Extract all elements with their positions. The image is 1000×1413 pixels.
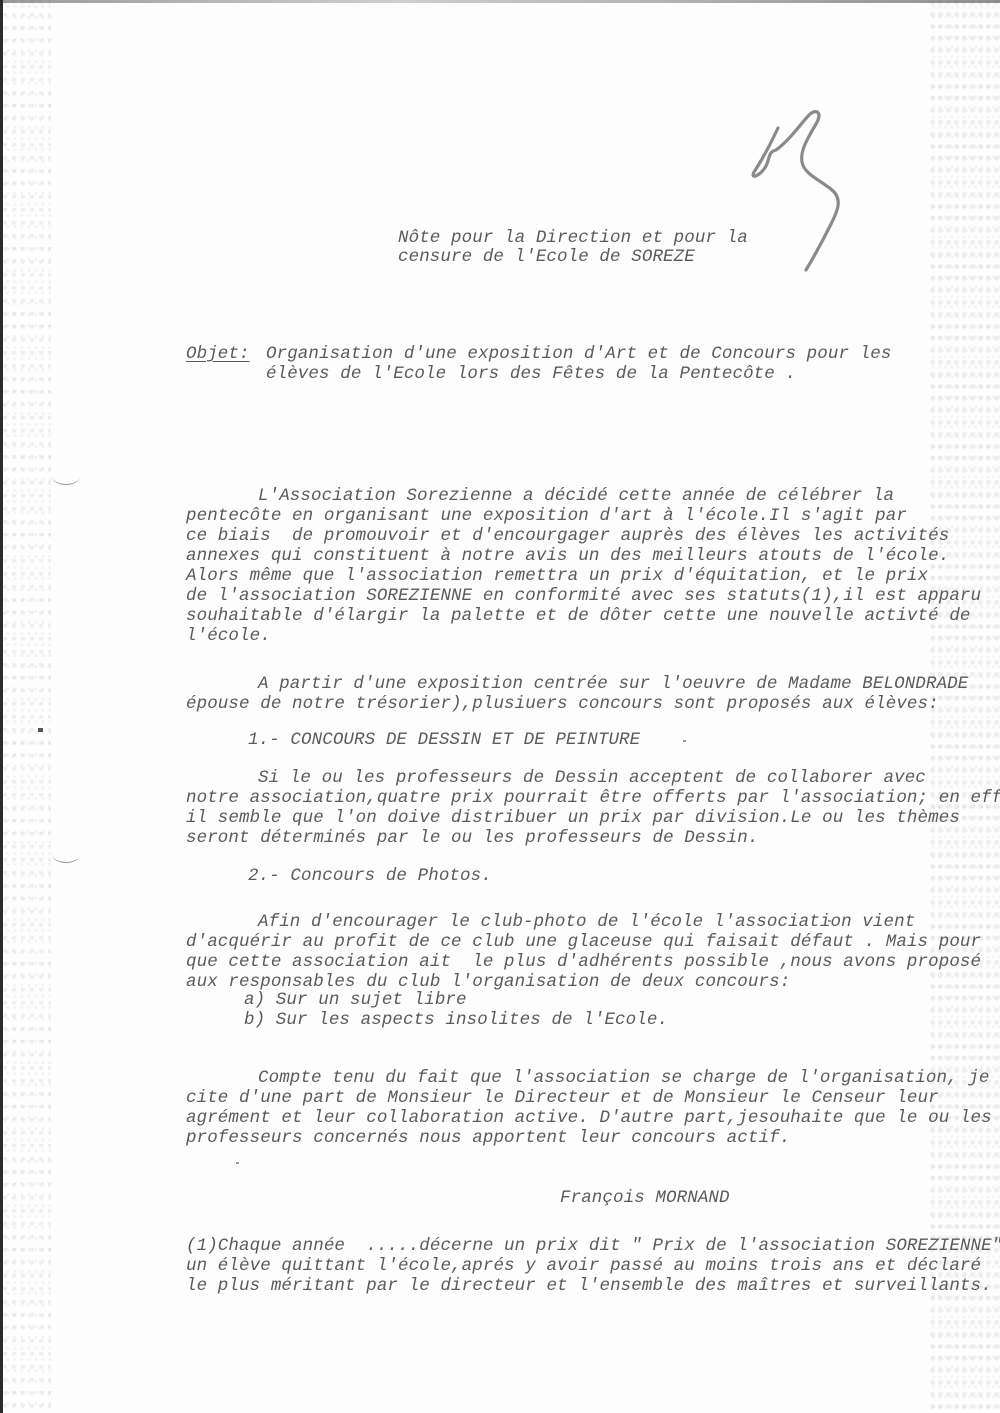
footnote-line: un élève quittant l'école,aprés y avoir … (186, 1256, 981, 1276)
section-title: 1.- CONCOURS DE DESSIN ET DE PEINTURE (248, 730, 640, 750)
scan-speck (38, 728, 43, 732)
list-item: a) Sur un sujet libre (244, 990, 467, 1010)
scan-noise-right (930, 0, 1000, 1413)
paragraph-line: annexes qui constituent à notre avis un … (186, 546, 949, 566)
punch-hole-mark (52, 846, 80, 863)
scan-noise-left (3, 0, 51, 1413)
paragraph-line: L'Association Sorezienne a décidé cette … (258, 486, 894, 506)
scanned-page: Nôte pour la Direction et pour la censur… (0, 0, 1000, 1413)
paragraph-line: A partir d'une exposition centrée sur l'… (258, 674, 968, 694)
paragraph-line: aux responsables du club l'organisation … (186, 972, 790, 992)
paragraph-line: il semble que l'on doive distribuer un p… (186, 808, 960, 828)
scan-speck (828, 920, 831, 922)
paragraph-line: de l'association SOREZIENNE en conformit… (186, 586, 981, 606)
paragraph-line: d'acquérir au profit de ce club une glac… (186, 932, 981, 952)
paragraph-line: Compte tenu du fait que l'association se… (258, 1068, 1000, 1088)
paragraph-line: que cette association ait le plus d'adhé… (186, 952, 981, 972)
object-label: Objet: (186, 344, 250, 364)
object-line: élèves de l'Ecole lors des Fêtes de la P… (266, 364, 796, 384)
page-top-edge (0, 0, 1000, 3)
list-item: b) Sur les aspects insolites de l'Ecole. (244, 1010, 668, 1030)
object-line: Organisation d'une exposition d'Art et d… (266, 344, 892, 364)
paragraph-line: Afin d'encourager le club-photo de l'éco… (258, 912, 915, 932)
scan-speck (683, 740, 686, 742)
note-title-line: Nôte pour la Direction et pour la (398, 228, 748, 248)
paragraph-line: Alors même que l'association remettra un… (186, 566, 928, 586)
footnote-line: le plus méritant par le directeur et l'e… (186, 1276, 992, 1296)
paragraph-line: souhaitable d'élargir la palette et de d… (186, 606, 971, 626)
section-title: 2.- Concours de Photos. (248, 866, 492, 886)
paragraph-line: pentecôte en organisant une exposition d… (186, 506, 907, 526)
paragraph-line: seront déterminés par le ou les professe… (186, 828, 759, 848)
paragraph-line: Si le ou les professeurs de Dessin accep… (258, 768, 926, 788)
handwritten-initials-icon (740, 110, 850, 280)
paragraph-line: ce biais de promouvoir et d'encourgager … (186, 526, 949, 546)
punch-hole-mark (52, 468, 80, 485)
note-title-line: censure de l'Ecole de SOREZE (398, 247, 695, 267)
paragraph-line: agrément et leur collaboration active. D… (186, 1108, 992, 1128)
scan-speck (236, 1162, 239, 1164)
paragraph-line: professeurs concernés nous apportent leu… (186, 1128, 790, 1148)
paragraph-line: notre association,quatre prix pourrait ê… (186, 788, 1000, 808)
paragraph-line: épouse de notre trésorier),plusiuers con… (186, 694, 939, 714)
paragraph-line: cite d'une part de Monsieur le Directeur… (186, 1088, 939, 1108)
footnote-line: (1)Chaque année .....décerne un prix dit… (186, 1236, 1000, 1256)
signatory-name: François MORNAND (560, 1188, 730, 1208)
paragraph-line: l'école. (186, 626, 271, 646)
